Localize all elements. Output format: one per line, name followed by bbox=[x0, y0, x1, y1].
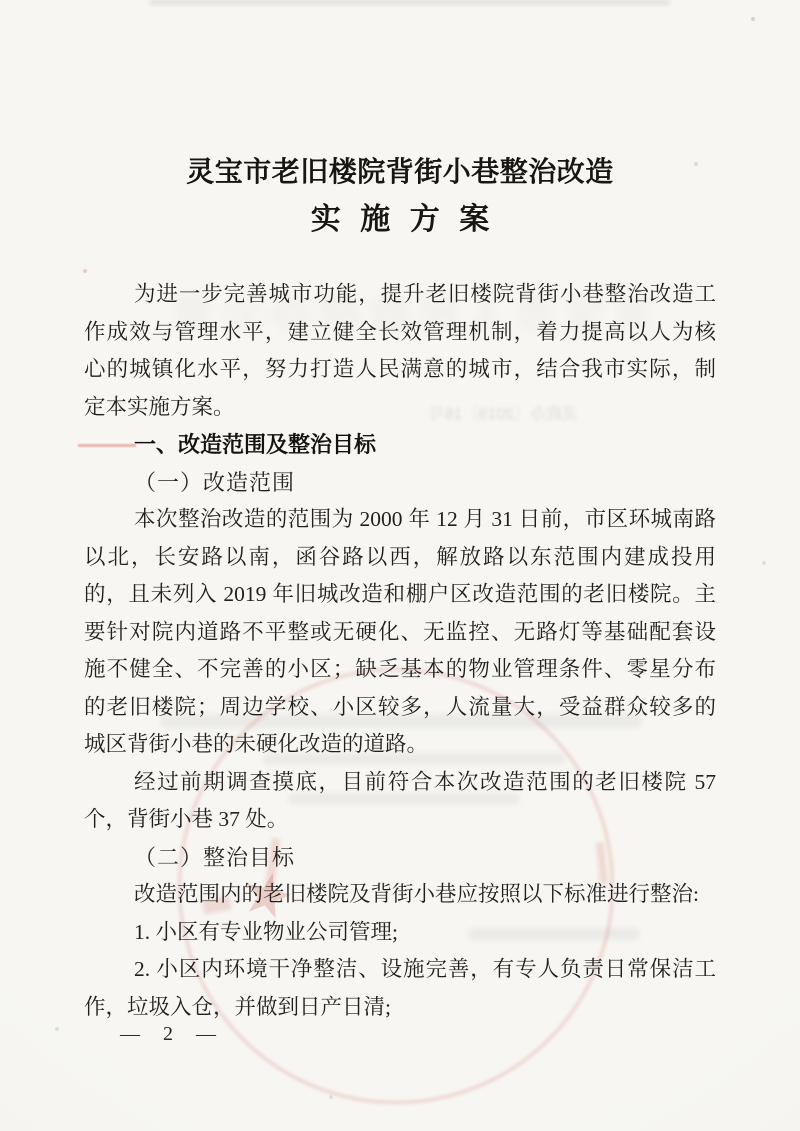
text-line: 改造范围内的老旧楼院及背街小巷应按照以下标准进行整治: bbox=[84, 876, 716, 914]
block-subheading: （二）整治目标 bbox=[84, 839, 716, 877]
text-line: 本次整治改造的范围为 2000 年 12 月 31 日前，市区环城南路 bbox=[84, 501, 716, 539]
text-line: 施不健全、不完善的小区；缺乏基本的物业管理条件、零星分布 bbox=[84, 651, 716, 689]
text-line: 的老旧楼院；周边学校、小区较多，人流量大，受益群众较多的 bbox=[84, 689, 716, 727]
text-line: 经过前期调查摸底，目前符合本次改造范围的老旧楼院 57 bbox=[84, 764, 716, 802]
text-line: 为进一步完善城市功能，提升老旧楼院背街小巷整治改造工 bbox=[84, 276, 716, 314]
document-title-line1: 灵宝市老旧楼院背街小巷整治改造 bbox=[0, 155, 800, 189]
scan-noise-specks bbox=[0, 0, 2, 2]
text-line: 个，背街小巷 37 处。 bbox=[84, 801, 716, 839]
text-line: 心的城镇化水平，努力打造人民满意的城市，结合我市实际，制 bbox=[84, 351, 716, 389]
block-subheading: （一）改造范围 bbox=[84, 464, 716, 502]
scan-edge-smudge bbox=[150, 0, 670, 5]
block-heading: 一、改造范围及整治目标 bbox=[84, 426, 716, 464]
text-line: （二）整治目标 bbox=[84, 839, 716, 877]
text-line: 1. 小区有专业物业公司管理; bbox=[84, 914, 716, 952]
block-para: 1. 小区有专业物业公司管理; bbox=[84, 914, 716, 952]
document-page: 灵宝市人民政府办公室 灵政办〔2019〕16号 灵宝市老旧楼院背街小巷整治改造 … bbox=[0, 0, 800, 1131]
text-line: 以北，长安路以南，函谷路以西，解放路以东范围内建成投用 bbox=[84, 539, 716, 577]
text-line: 2. 小区内环境干净整洁、设施完善，有专人负责日常保洁工 bbox=[84, 951, 716, 989]
block-para: 经过前期调查摸底，目前符合本次改造范围的老旧楼院 57个，背街小巷 37 处。 bbox=[84, 764, 716, 839]
text-line: 定本实施方案。 bbox=[84, 389, 716, 427]
block-para: 改造范围内的老旧楼院及背街小巷应按照以下标准进行整治: bbox=[84, 876, 716, 914]
block-para: 本次整治改造的范围为 2000 年 12 月 31 日前，市区环城南路以北，长安… bbox=[84, 501, 716, 764]
text-line: 一、改造范围及整治目标 bbox=[84, 426, 716, 464]
block-para: 为进一步完善城市功能，提升老旧楼院背街小巷整治改造工作成效与管理水平，建立健全长… bbox=[84, 276, 716, 426]
text-line: 的，且未列入 2019 年旧城改造和棚户区改造范围的老旧楼院。主 bbox=[84, 576, 716, 614]
text-line: 城区背街小巷的未硬化改造的道路。 bbox=[84, 726, 716, 764]
text-line: （一）改造范围 bbox=[84, 464, 716, 502]
document-title-line2: 实 施 方 案 bbox=[0, 202, 800, 238]
document-body: 为进一步完善城市功能，提升老旧楼院背街小巷整治改造工作成效与管理水平，建立健全长… bbox=[84, 276, 716, 1026]
text-line: 作成效与管理水平，建立健全长效管理机制，着力提高以人为核 bbox=[84, 314, 716, 352]
block-para: 2. 小区内环境干净整洁、设施完善，有专人负责日常保洁工作，垃圾入仓，并做到日产… bbox=[84, 951, 716, 1026]
text-line: 要针对院内道路不平整或无硬化、无监控、无路灯等基础配套设 bbox=[84, 614, 716, 652]
page-number: — 2 — bbox=[120, 1019, 225, 1049]
